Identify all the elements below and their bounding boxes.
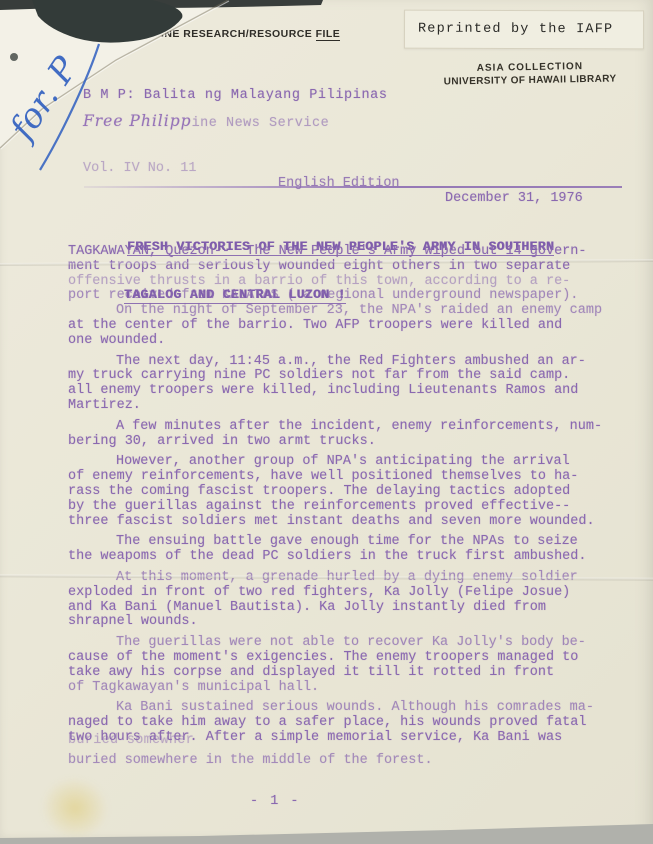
body-line: of enemy reinforcements, have well posit… (68, 470, 620, 485)
masthead-rule (84, 186, 622, 188)
overtyped-ghost-text: buried somewher (68, 734, 194, 749)
paragraph-3: The next day, 11:45 a.m., the Red Fighte… (68, 355, 620, 414)
body-line: Martirez. (68, 399, 620, 414)
body-line: at the center of the barrio. Two AFP tro… (68, 319, 620, 334)
paragraph-1: TAGKAWAYAN, Quezon-- The New People's Ar… (68, 245, 620, 304)
paragraph-2: On the night of September 23, the NPA's … (68, 304, 620, 348)
body-line: cause of the moment's exigencies. The en… (68, 651, 620, 666)
body-line: Ka Bani sustained serious wounds. Althou… (68, 701, 620, 716)
body-line: However, another group of NPA's anticipa… (68, 455, 620, 470)
body-line: rass the coming fascist troopers. The de… (68, 485, 620, 500)
page-number: - 1 - (250, 794, 301, 809)
reprint-label: Reprinted by the IAFP (404, 10, 644, 50)
body-line: A few minutes after the incident, enemy … (68, 420, 620, 435)
masthead-title: B M P: Balita ng Malayang Pilipinas (83, 88, 388, 103)
body-line: At this moment, a grenade hurled by a dy… (68, 571, 620, 586)
body-line: one wounded. (68, 334, 620, 349)
body-line: shrapnel wounds. (68, 615, 620, 630)
body-line: three fascist soldiers met instant death… (68, 515, 620, 530)
issue-date: December 31, 1976 (445, 191, 583, 206)
paragraph-6: The ensuing battle gave enough time for … (68, 535, 620, 565)
body-line-overtyped: two hours after. After a simple memorial… (68, 731, 620, 746)
paper-stain (36, 771, 115, 844)
body-line: by the guerillas against the reinforceme… (68, 500, 620, 515)
paragraph-5: However, another group of NPA's anticipa… (68, 455, 620, 529)
stamp-text-underlined: FILE (316, 28, 341, 41)
article-body: TAGKAWAYAN, Quezon-- The New People's Ar… (68, 245, 620, 775)
body-line: On the night of September 23, the NPA's … (68, 304, 620, 319)
stamp-collection-line2: UNIVERSITY OF HAWAII LIBRARY (415, 73, 645, 88)
body-line: TAGKAWAYAN, Quezon-- The New People's Ar… (68, 245, 620, 260)
paragraph-8: The guerillas were not able to recover K… (68, 636, 620, 695)
paragraph-9: Ka Bani sustained serious wounds. Althou… (68, 701, 620, 768)
masthead-subtitle-typed: ine News Service (192, 116, 330, 131)
edition-label: English Edition (278, 176, 400, 191)
stamp-asia-collection: ASIA COLLECTION UNIVERSITY OF HAWAII LIB… (415, 60, 645, 88)
body-line: of Tagkawayan's municipal hall. (68, 681, 620, 696)
volume-number: Vol. IV No. 11 (83, 161, 196, 176)
body-line: The ensuing battle gave enough time for … (68, 535, 620, 550)
body-line: naged to take him away to a safer place,… (68, 716, 620, 731)
paragraph-4: A few minutes after the incident, enemy … (68, 420, 620, 450)
body-line: ment troops and seriously wounded eight … (68, 260, 620, 275)
body-line: take awy his corpse and displayed it til… (68, 666, 620, 681)
body-line: The guerillas were not able to recover K… (68, 636, 620, 651)
body-line: all enemy troopers were killed, includin… (68, 384, 620, 399)
masthead-subtitle-handwritten: Free Philipp (83, 112, 192, 130)
body-line: the weapoms of the dead PC soldiers in t… (68, 550, 620, 565)
body-line: bering 30, arrived in two armt trucks. (68, 435, 620, 450)
scanned-document-page: PHILIPPINE RESEARCH/RESOURCE FILE Reprin… (0, 0, 653, 844)
body-line: buried somewhere in the middle of the fo… (68, 754, 620, 769)
paragraph-7: At this moment, a grenade hurled by a dy… (68, 571, 620, 630)
body-line: my truck carrying nine PC soldiers not f… (68, 369, 620, 384)
underlined-word: KALATAS (222, 288, 279, 304)
body-line: exploded in front of two red fighters, K… (68, 586, 620, 601)
body-line: port received from KALATAS ( a regional … (68, 289, 620, 304)
masthead-subtitle: Free Philippine News Service (83, 112, 329, 131)
reprint-label-text: Reprinted by the IAFP (405, 22, 613, 38)
paper-sheet: PHILIPPINE RESEARCH/RESOURCE FILE Reprin… (0, 0, 653, 844)
